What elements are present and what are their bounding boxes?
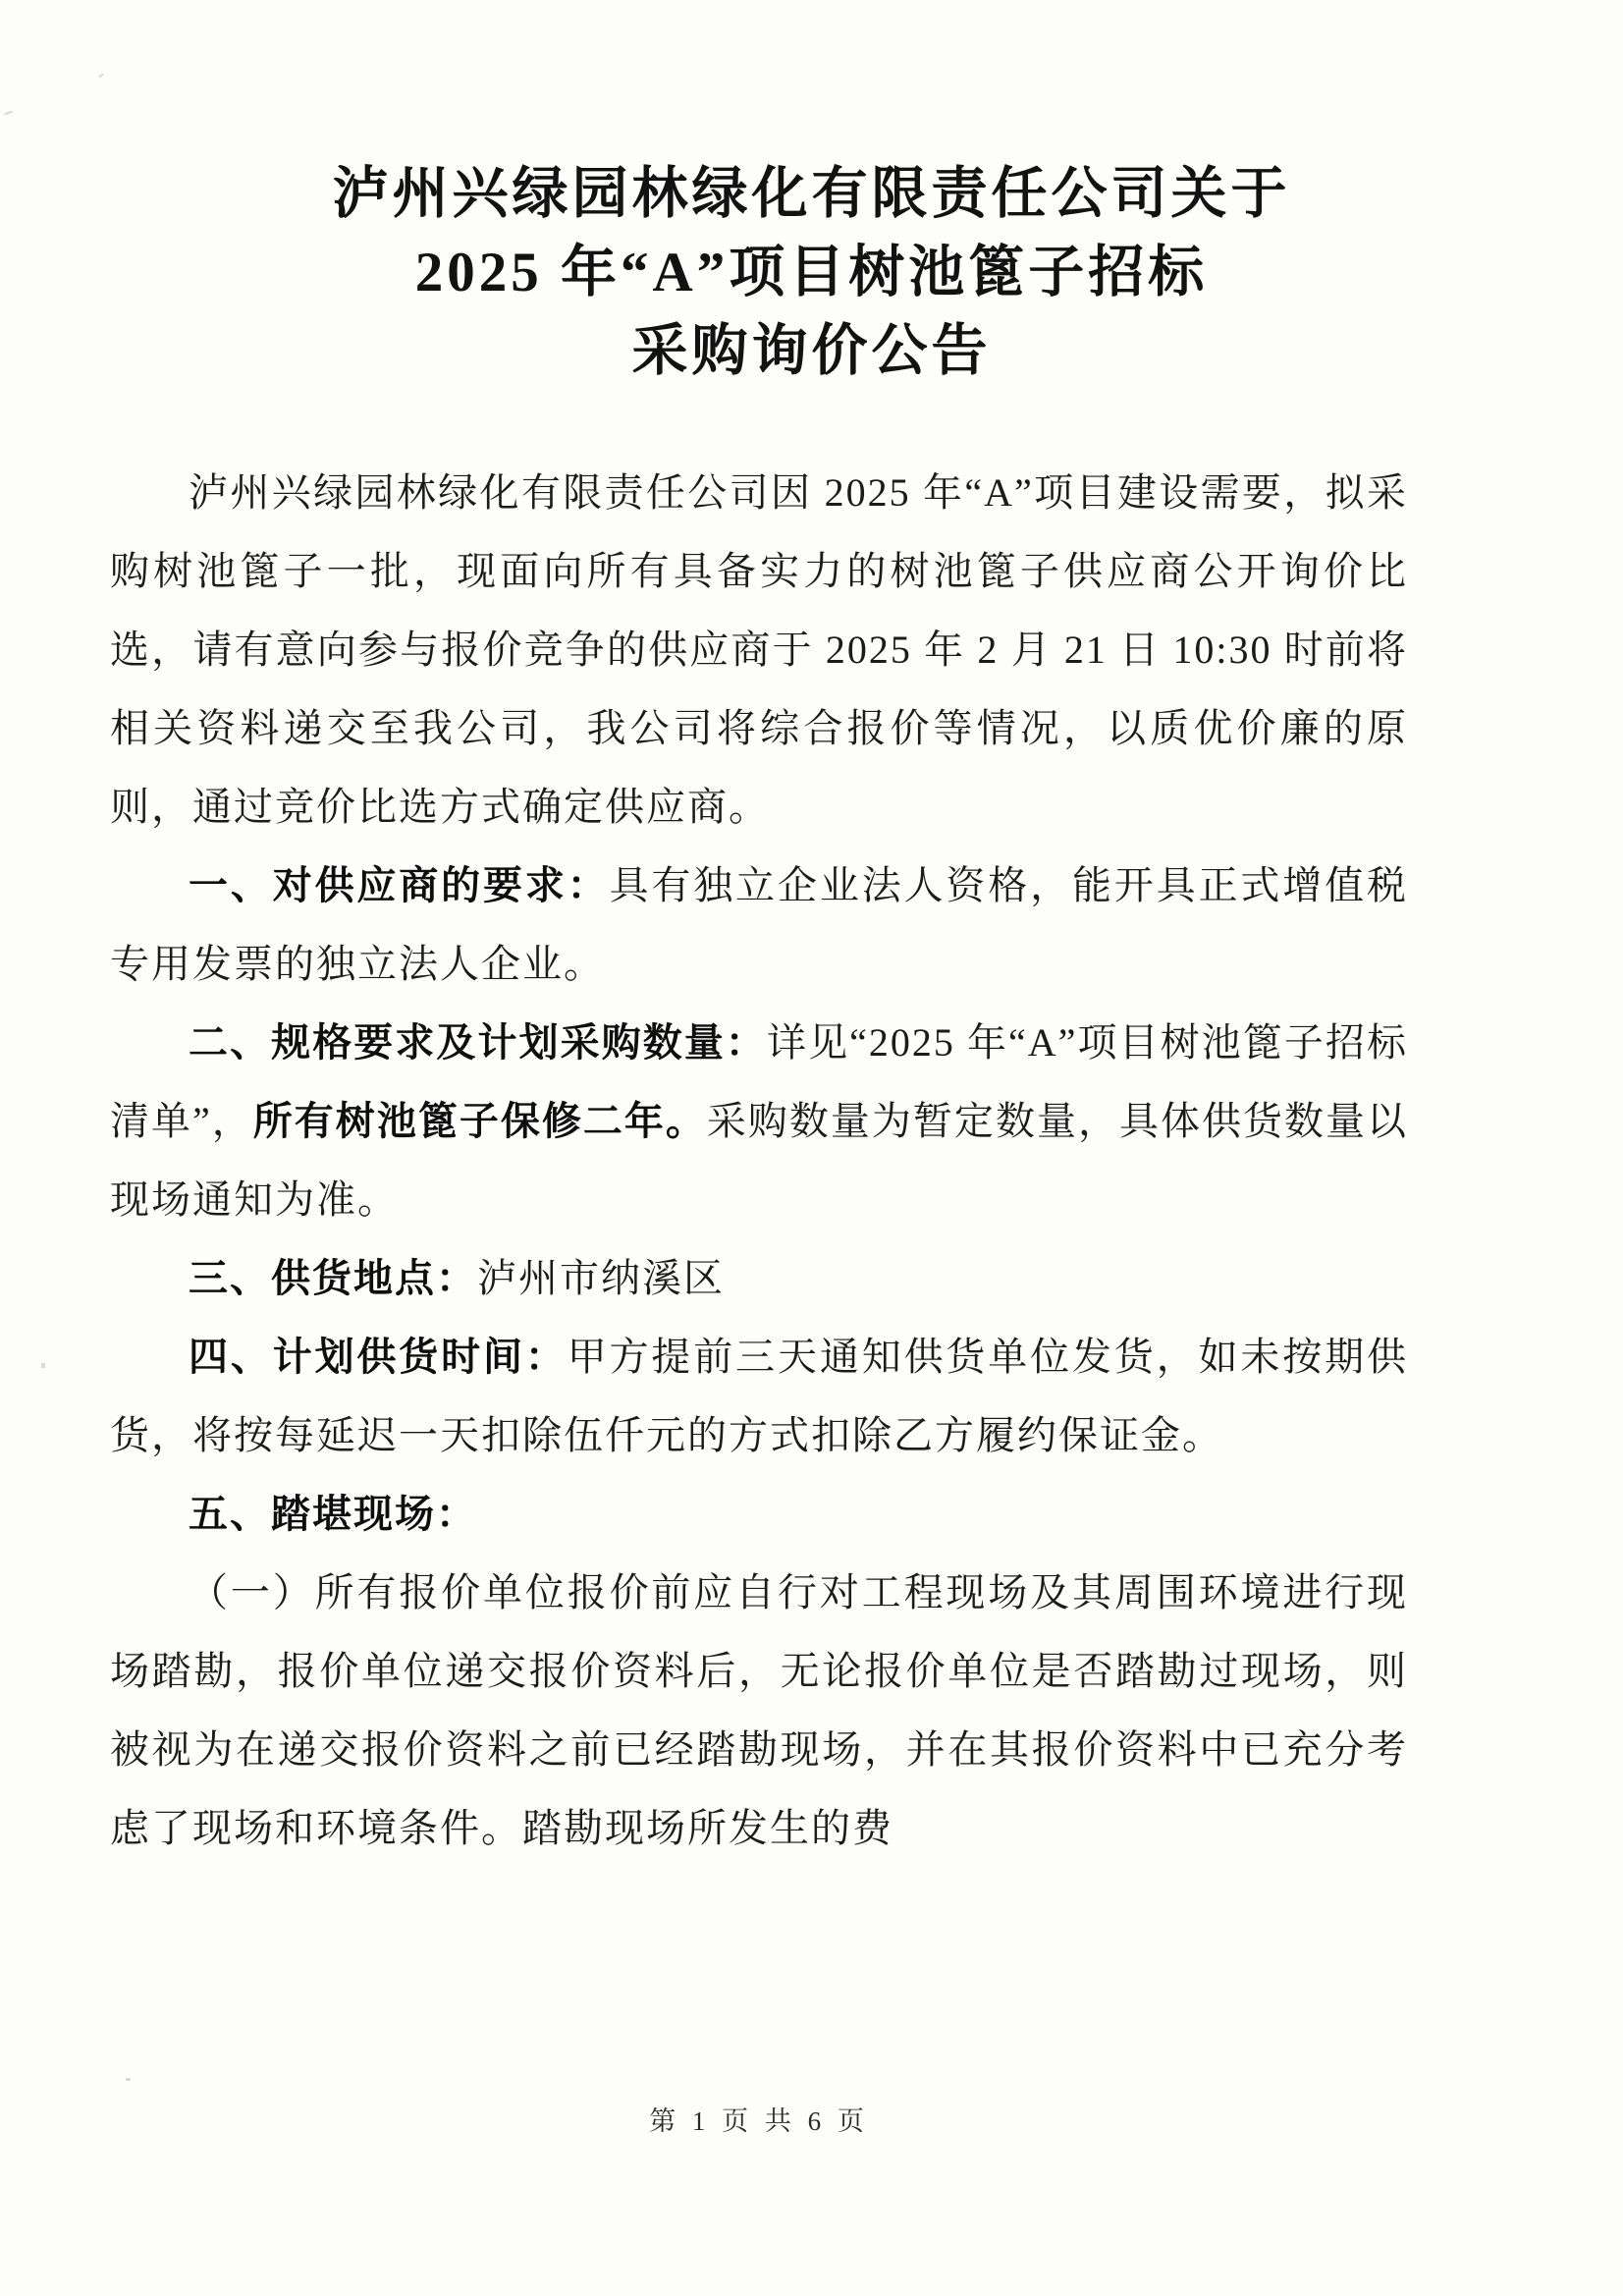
scan-speck	[126, 2078, 131, 2081]
section-4-paragraph: 四、计划供货时间：甲方提前三天通知供货单位发货，如未按期供货，将按每延迟一天扣除…	[110, 1318, 1408, 1475]
doc-title: 泸州兴绿园林绿化有限责任公司关于 2025 年“A”项目树池篦子招标 采购询价公…	[0, 155, 1623, 391]
section-5-sub-text: （一）所有报价单位报价前应自行对工程现场及其周围环境进行现场踏勘，报价单位递交报…	[110, 1570, 1408, 1850]
doc-title-line2: 2025 年“A”项目树池篦子招标	[0, 234, 1623, 312]
section-5-sub-paragraph: （一）所有报价单位报价前应自行对工程现场及其周围环境进行现场踏勘，报价单位递交报…	[110, 1554, 1408, 1868]
doc-title-line3: 采购询价公告	[0, 312, 1623, 391]
section-3-paragraph: 三、供货地点：泸州市纳溪区	[110, 1239, 1408, 1318]
scan-speck	[4, 111, 13, 116]
section-2-paragraph: 二、规格要求及计划采购数量：详见“2025 年“A”项目树池篦子招标清单”，所有…	[110, 1004, 1408, 1239]
section-5-heading: 五、踏堪现场：	[189, 1493, 477, 1536]
section-1-heading: 一、对供应商的要求：	[189, 864, 610, 907]
section-2-bold-text: 所有树池篦子保修二年。	[253, 1099, 707, 1143]
section-5-paragraph: 五、踏堪现场：	[110, 1475, 1408, 1554]
page-number-footer: 第 1 页 共 6 页	[110, 2100, 1408, 2138]
intro-paragraph: 泸州兴绿园林绿化有限责任公司因 2025 年“A”项目建设需要，拟采购树池篦子一…	[110, 454, 1408, 847]
section-1-paragraph: 一、对供应商的要求：具有独立企业法人资格，能开具正式增值税专用发票的独立法人企业…	[110, 847, 1408, 1004]
doc-title-line1: 泸州兴绿园林绿化有限责任公司关于	[0, 155, 1623, 234]
section-2-heading: 二、规格要求及计划采购数量：	[189, 1021, 767, 1065]
scan-speck	[98, 73, 104, 78]
document-page: 泸州兴绿园林绿化有限责任公司关于 2025 年“A”项目树池篦子招标 采购询价公…	[0, 0, 1623, 2296]
section-3-heading: 三、供货地点：	[189, 1257, 477, 1300]
scan-speck	[41, 1363, 45, 1368]
doc-body: 泸州兴绿园林绿化有限责任公司因 2025 年“A”项目建设需要，拟采购树池篦子一…	[110, 454, 1408, 1868]
intro-text: 泸州兴绿园林绿化有限责任公司因 2025 年“A”项目建设需要，拟采购树池篦子一…	[110, 470, 1408, 829]
section-4-heading: 四、计划供货时间：	[189, 1336, 568, 1379]
section-3-text: 泸州市纳溪区	[477, 1256, 725, 1300]
